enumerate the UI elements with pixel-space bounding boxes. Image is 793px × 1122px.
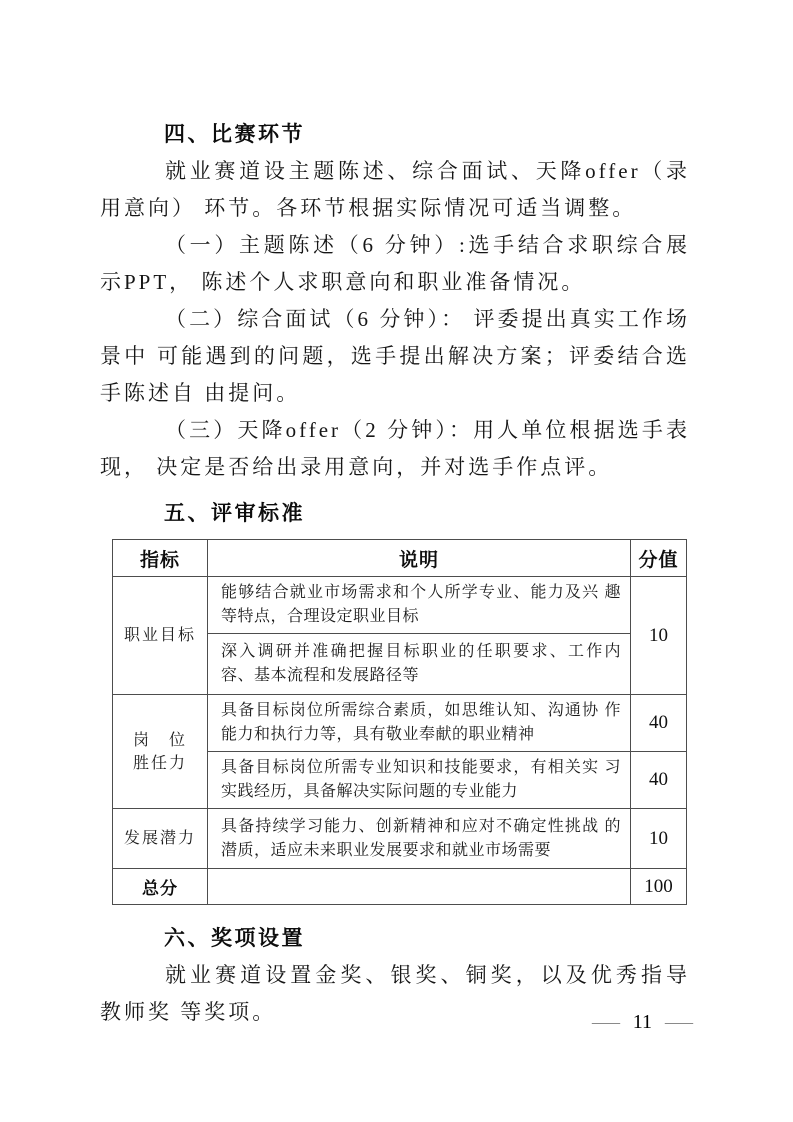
column-header-description: 说明 xyxy=(208,540,631,577)
description-cell: 具备持续学习能力、创新精神和应对不确定性挑战 的潜质，适应未来职业发展要求和就业… xyxy=(208,809,631,869)
section-5-heading: 五、评审标准 xyxy=(164,495,690,532)
score-cell: 10 xyxy=(631,809,687,869)
section-4-paragraph-stage-1: （一）主题陈述（6 分钟）:选手结合求职综合展示PPT， 陈述个人求职意向和职业… xyxy=(100,227,690,301)
table-row: 发展潜力 具备持续学习能力、创新精神和应对不确定性挑战 的潜质，适应未来职业发展… xyxy=(113,809,687,869)
indicator-development-potential: 发展潜力 xyxy=(113,809,208,869)
score-cell: 40 xyxy=(631,752,687,809)
score-cell: 40 xyxy=(631,695,687,752)
table-row: 岗 位 胜任力 具备目标岗位所需综合素质，如思维认知、沟通协 作能力和执行力等，… xyxy=(113,695,687,752)
document-content: 四、比赛环节 就业赛道设主题陈述、综合面试、天降offer（录用意向） 环节。各… xyxy=(100,116,690,1031)
total-description-cell xyxy=(208,869,631,905)
table-header-row: 指标 说明 分值 xyxy=(113,540,687,577)
description-cell: 具备目标岗位所需综合素质，如思维认知、沟通协 作能力和执行力等，具有敬业奉献的职… xyxy=(208,695,631,752)
description-cell: 深入调研并准确把握目标职业的任职要求、工作内 容、基本流程和发展路径等 xyxy=(208,634,631,695)
description-cell: 能够结合就业市场需求和个人所学专业、能力及兴 趣等特点，合理设定职业目标 xyxy=(208,577,631,634)
section-6-heading: 六、奖项设置 xyxy=(164,920,690,957)
indicator-career-goal: 职业目标 xyxy=(113,577,208,695)
column-header-score: 分值 xyxy=(631,540,687,577)
total-label: 总分 xyxy=(113,869,208,905)
column-header-indicator: 指标 xyxy=(113,540,208,577)
table-row: 职业目标 能够结合就业市场需求和个人所学专业、能力及兴 趣等特点，合理设定职业目… xyxy=(113,577,687,634)
section-4-paragraph-overview: 就业赛道设主题陈述、综合面试、天降offer（录用意向） 环节。各环节根据实际情… xyxy=(100,153,690,227)
page-number-left-dash: — xyxy=(592,1011,620,1034)
section-4-heading: 四、比赛环节 xyxy=(164,116,690,153)
total-score-cell: 100 xyxy=(631,869,687,905)
table-total-row: 总分 100 xyxy=(113,869,687,905)
page-number: — 11 — xyxy=(596,1011,689,1034)
section-4-paragraph-stage-3: （三）天降offer（2 分钟）：用人单位根据选手表现， 决定是否给出录用意向，… xyxy=(100,412,690,486)
indicator-job-competency: 岗 位 胜任力 xyxy=(113,695,208,809)
section-4-paragraph-stage-2: （二）综合面试（6 分钟）： 评委提出真实工作场景中 可能遇到的问题，选手提出解… xyxy=(100,301,690,412)
description-cell: 具备目标岗位所需专业知识和技能要求，有相关实 习实践经历，具备解决实际问题的专业… xyxy=(208,752,631,809)
page-number-value: 11 xyxy=(633,1011,652,1034)
document-page: 四、比赛环节 就业赛道设主题陈述、综合面试、天降offer（录用意向） 环节。各… xyxy=(0,0,793,1122)
scoring-criteria-table: 指标 说明 分值 职业目标 能够结合就业市场需求和个人所学专业、能力及兴 趣等特… xyxy=(112,539,687,905)
page-number-right-dash: — xyxy=(665,1011,693,1034)
score-cell: 10 xyxy=(631,577,687,695)
